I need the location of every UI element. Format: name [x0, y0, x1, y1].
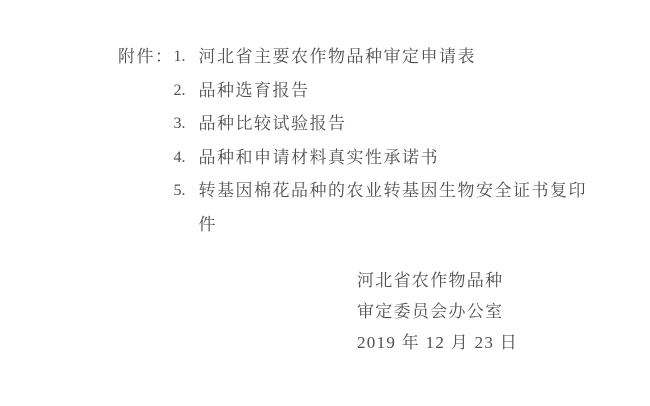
- attachment-item-5-number: 5.: [174, 174, 199, 208]
- attachment-item-1-number: 1.: [174, 40, 199, 74]
- attachment-item-2: 2. 品种选育报告: [174, 74, 594, 108]
- attachment-item-4-number: 4.: [174, 141, 199, 175]
- attachment-label: 附件：: [118, 40, 174, 74]
- attachment-item-4-text: 品种和申请材料真实性承诺书: [199, 141, 594, 175]
- attachment-item-4: 4. 品种和申请材料真实性承诺书: [174, 141, 594, 175]
- attachment-item-1: 1. 河北省主要农作物品种审定申请表: [174, 40, 594, 74]
- signature-block: 河北省农作物品种 审定委员会办公室 2019 年 12 月 23 日: [357, 265, 518, 358]
- signature-org-line2: 审定委员会办公室: [357, 296, 518, 327]
- signature-org-line1: 河北省农作物品种: [357, 265, 518, 296]
- attachment-item-3-number: 3.: [174, 107, 199, 141]
- attachment-item-3: 3. 品种比较试验报告: [174, 107, 594, 141]
- attachment-item-1-text: 河北省主要农作物品种审定申请表: [199, 40, 594, 74]
- attachment-item-2-text: 品种选育报告: [199, 74, 594, 108]
- attachment-list: 1. 河北省主要农作物品种审定申请表 2. 品种选育报告 3. 品种比较试验报告…: [174, 40, 594, 241]
- attachment-block: 附件： 1. 河北省主要农作物品种审定申请表 2. 品种选育报告 3. 品种比较…: [118, 40, 594, 241]
- attachment-item-2-number: 2.: [174, 74, 199, 108]
- attachment-item-3-text: 品种比较试验报告: [199, 107, 594, 141]
- signature-date: 2019 年 12 月 23 日: [357, 327, 518, 358]
- document-page: 附件： 1. 河北省主要农作物品种审定申请表 2. 品种选育报告 3. 品种比较…: [0, 0, 650, 406]
- attachment-item-5-text: 转基因棉花品种的农业转基因生物安全证书复印件: [199, 174, 594, 241]
- attachment-item-5: 5. 转基因棉花品种的农业转基因生物安全证书复印件: [174, 174, 594, 241]
